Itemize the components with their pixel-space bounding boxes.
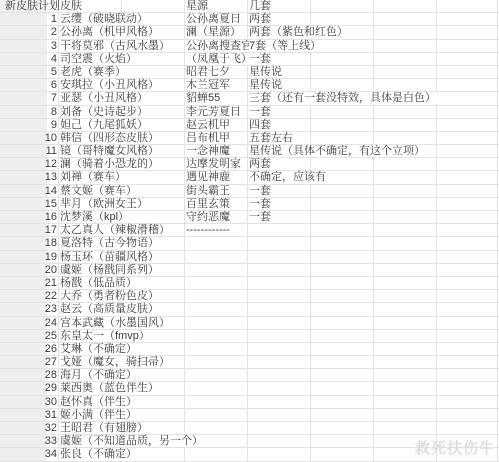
cell-row-number[interactable]: 5 xyxy=(0,66,57,78)
table-row: 18 夏洛特（古今物语） xyxy=(0,237,499,250)
cell-star-skin[interactable]: 公孙离夏日 xyxy=(186,13,243,25)
cell-set-count[interactable]: 五套左右 xyxy=(249,132,295,144)
cell-skin-name[interactable]: 虞姬（杨戬同系列） xyxy=(60,264,161,276)
table-row: 24 宫本武藏（水墨国风） xyxy=(0,317,499,330)
table-row: 26 艾琳（不确定） xyxy=(0,343,499,356)
cell-skin-name[interactable]: 太乙真人（辣椒滑稽） xyxy=(60,224,172,236)
cell-skin-name[interactable]: 姬小满（伴生） xyxy=(60,409,139,421)
cell-star-skin[interactable]: ------------ xyxy=(186,224,232,236)
cell-skin-name[interactable]: 韩信（四形态皮肤） xyxy=(60,132,161,144)
table-row: 7 亚瑟（小丑风格） 貂蝉55 三套（还有一套没特效，具体是白色） xyxy=(0,92,499,105)
cell-row-number[interactable]: 2 xyxy=(0,26,57,38)
cell-star-skin[interactable]: （凤凰于飞） xyxy=(186,53,254,65)
table-row: 8 刘备（史诗起步） 李元芳夏日 一套 xyxy=(0,106,499,119)
table-row: 11 镜（哥特魔女风格） 一念神魔 星传说（具体不确定，有这个立项） xyxy=(0,145,499,158)
table-row: 2 公孙离（机甲风格） 澜（星源） 两套（紫色和红色） xyxy=(0,26,499,39)
cell-skin-name[interactable]: 刘备（史诗起步） xyxy=(60,106,150,118)
cell-row-number[interactable]: 19 xyxy=(0,251,57,263)
cell-row-number[interactable]: 12 xyxy=(0,158,57,170)
table-body: 1 云缨（破晓联动） 公孙离夏日 两套 2 公孙离（机甲风格） 澜（星源） 两套… xyxy=(0,13,499,461)
table-row: 20 虞姬（杨戬同系列） xyxy=(0,264,499,277)
cell-set-count[interactable]: 7套（等上线） xyxy=(249,40,323,52)
table-row: 17 太乙真人（辣椒滑稽） ------------ xyxy=(0,224,499,237)
cell-row-number[interactable]: 30 xyxy=(0,396,57,408)
cell-star-skin[interactable]: 吕布机甲 xyxy=(186,132,232,144)
cell-row-number[interactable]: 7 xyxy=(0,92,57,104)
cell-skin-name[interactable]: 虞姬（不知道品质，另一个） xyxy=(60,435,205,447)
table-row: 21 杨戬（低品质） xyxy=(0,277,499,290)
cell-row-number[interactable]: 29 xyxy=(0,382,57,394)
cell-row-number[interactable]: 34 xyxy=(0,448,57,460)
cell-skin-name[interactable]: 大乔（勇者粉色皮） xyxy=(60,290,161,302)
header-skin[interactable]: 皮肤 xyxy=(60,0,84,12)
cell-star-skin[interactable]: 木兰冠军 xyxy=(186,79,232,91)
watermark: 救死扶伤牛 xyxy=(415,437,495,458)
cell-skin-name[interactable]: 老虎（赛季） xyxy=(60,66,128,78)
cell-skin-name[interactable]: 戈娅（魔女，骑扫帚） xyxy=(60,356,172,368)
cell-row-number[interactable]: 23 xyxy=(0,303,57,315)
table-row: 27 戈娅（魔女，骑扫帚） xyxy=(0,356,499,369)
cell-star-skin[interactable]: 街头霸王 xyxy=(186,185,232,197)
cell-skin-name[interactable]: 夏洛特（古今物语） xyxy=(60,237,161,249)
table-row: 14 蔡文姬（赛车） 街头霸王 一套 xyxy=(0,185,499,198)
table-row: 1 云缨（破晓联动） 公孙离夏日 两套 xyxy=(0,13,499,26)
cell-skin-name[interactable]: 澜（骑着小恐龙的） xyxy=(60,158,161,170)
cell-star-skin[interactable]: 李元芳夏日 xyxy=(186,106,243,118)
cell-set-count[interactable]: 两套（紫色和红色） xyxy=(249,26,350,38)
cell-set-count[interactable]: 星传说 xyxy=(249,79,284,91)
cell-set-count[interactable]: 不确定，应该有 xyxy=(249,171,328,183)
cell-star-skin[interactable]: 达摩发明家 xyxy=(186,158,243,170)
cell-skin-name[interactable]: 杨戬（低品质） xyxy=(60,277,139,289)
cell-row-number[interactable]: 11 xyxy=(0,145,57,157)
table-row: 4 司空震（火焰） （凤凰于飞） 一套 xyxy=(0,53,499,66)
cell-skin-name[interactable]: 刘禅（赛车） xyxy=(60,171,128,183)
cell-row-number[interactable]: 24 xyxy=(0,317,57,329)
cell-row-number[interactable]: 10 xyxy=(0,132,57,144)
cell-set-count[interactable]: 两套 xyxy=(249,158,273,170)
cell-set-count[interactable]: 两套 xyxy=(249,13,273,25)
cell-skin-name[interactable]: 杨玉环（苗疆风格） xyxy=(60,251,161,263)
cell-star-skin[interactable]: 遇见神鹿 xyxy=(186,171,232,183)
cell-star-skin[interactable]: 公孙离搜查官 xyxy=(186,40,254,52)
cell-skin-name[interactable]: 张良（不确定） xyxy=(60,448,139,460)
cell-row-number[interactable]: 28 xyxy=(0,369,57,381)
table-row: 25 东皇太一（fmvp） xyxy=(0,330,499,343)
cell-row-number[interactable]: 26 xyxy=(0,343,57,355)
cell-row-number[interactable]: 25 xyxy=(0,330,57,342)
table-row: 30 赵怀真（伴生） xyxy=(0,396,499,409)
table-row: 23 赵云（高质量皮肤） xyxy=(0,303,499,316)
cell-row-number[interactable]: 18 xyxy=(0,237,57,249)
cell-row-number[interactable]: 17 xyxy=(0,224,57,236)
table-row: 6 安琪拉（小丑风格） 木兰冠军 星传说 xyxy=(0,79,499,92)
cell-row-number[interactable]: 9 xyxy=(0,119,57,131)
cell-skin-name[interactable]: 王昭君（有翅膀） xyxy=(60,422,150,434)
table-row: 10 韩信（四形态皮肤） 吕布机甲 五套左右 xyxy=(0,132,499,145)
cell-skin-name[interactable]: 安琪拉（小丑风格） xyxy=(60,79,161,91)
table-row: 13 刘禅（赛车） 遇见神鹿 不确定，应该有 xyxy=(0,171,499,184)
cell-set-count[interactable]: 一套 xyxy=(249,185,273,197)
cell-row-number[interactable]: 16 xyxy=(0,211,57,223)
cell-row-number[interactable]: 33 xyxy=(0,435,57,447)
cell-set-count[interactable]: 一套 xyxy=(249,211,273,223)
cell-set-count[interactable]: 星传说 xyxy=(249,66,284,78)
cell-skin-name[interactable]: 宫本武藏（水墨国风） xyxy=(60,317,172,329)
cell-skin-name[interactable]: 莱西奥（蓝色伴生） xyxy=(60,382,161,394)
cell-skin-name[interactable]: 云缨（破晓联动） xyxy=(60,13,150,25)
table-row: 15 芈月（欧洲女王） 百里玄策 一套 xyxy=(0,198,499,211)
cell-row-number[interactable]: 3 xyxy=(0,40,57,52)
table-row: 28 海月（不确定） xyxy=(0,369,499,382)
header-star[interactable]: 星源 xyxy=(186,0,210,12)
cell-row-number[interactable]: 21 xyxy=(0,277,57,289)
cell-skin-name[interactable]: 芈月（欧洲女王） xyxy=(60,198,150,210)
cell-set-count[interactable]: 一套 xyxy=(249,106,273,118)
cell-set-count[interactable]: 一套 xyxy=(249,53,273,65)
cell-set-count[interactable]: 三套（还有一套没特效，具体是白色） xyxy=(249,92,438,104)
cell-skin-name[interactable]: 艾琳（不确定） xyxy=(60,343,139,355)
cell-skin-name[interactable]: 蔡文姬（赛车） xyxy=(60,185,139,197)
cell-star-skin[interactable]: 澜（星源） xyxy=(186,26,243,38)
cell-set-count[interactable]: 四套 xyxy=(249,119,273,131)
cell-skin-name[interactable]: 赵怀真（伴生） xyxy=(60,396,139,408)
cell-star-skin[interactable]: 昭君七夕 xyxy=(186,66,232,78)
header-plan[interactable]: 新皮肤计划 xyxy=(5,0,60,12)
cell-skin-name[interactable]: 公孙离（机甲风格） xyxy=(60,26,161,38)
cell-row-number[interactable]: 13 xyxy=(0,171,57,183)
cell-skin-name[interactable]: 司空震（火焰） xyxy=(60,53,139,65)
cell-row-number[interactable]: 14 xyxy=(0,185,57,197)
table-row: 12 澜（骑着小恐龙的） 达摩发明家 两套 xyxy=(0,158,499,171)
table-row: 32 王昭君（有翅膀） xyxy=(0,422,499,435)
table-row: 5 老虎（赛季） 昭君七夕 星传说 xyxy=(0,66,499,79)
cell-row-number[interactable]: 27 xyxy=(0,356,57,368)
cell-skin-name[interactable]: 赵云（高质量皮肤） xyxy=(60,303,161,315)
cell-row-number[interactable]: 8 xyxy=(0,106,57,118)
cell-row-number[interactable]: 20 xyxy=(0,264,57,276)
header-count[interactable]: 几套 xyxy=(249,0,273,12)
spreadsheet: 新皮肤计划 皮肤 星源 几套 1 云缨（破晓联动） 公孙离夏日 两套 2 公孙离… xyxy=(0,0,499,462)
table-row: 9 妲己（九尾狐妖） 赵云机甲 四套 xyxy=(0,119,499,132)
cell-star-skin[interactable]: 守约恶魔 xyxy=(186,211,232,223)
cell-skin-name[interactable]: 干将莫邪（古风水墨） xyxy=(60,40,172,52)
cell-row-number[interactable]: 32 xyxy=(0,422,57,434)
cell-star-skin[interactable]: 貂蝉55 xyxy=(186,92,222,104)
cell-row-number[interactable]: 1 xyxy=(0,13,57,25)
cell-skin-name[interactable]: 海月（不确定） xyxy=(60,369,139,381)
cell-set-count[interactable]: 一套 xyxy=(249,198,273,210)
table-row: 16 沈梦溪（kpl） 守约恶魔 一套 xyxy=(0,211,499,224)
table-row: 3 干将莫邪（古风水墨） 公孙离搜查官 7套（等上线） xyxy=(0,40,499,53)
cell-skin-name[interactable]: 沈梦溪（kpl） xyxy=(60,211,131,223)
cell-row-number[interactable]: 22 xyxy=(0,290,57,302)
cell-row-number[interactable]: 15 xyxy=(0,198,57,210)
cell-skin-name[interactable]: 镜（哥特魔女风格） xyxy=(60,145,161,157)
cell-skin-name[interactable]: 妲己（九尾狐妖） xyxy=(60,119,150,131)
table-row: 29 莱西奥（蓝色伴生） xyxy=(0,382,499,395)
table-row: 19 杨玉环（苗疆风格） xyxy=(0,251,499,264)
table-row: 22 大乔（勇者粉色皮） xyxy=(0,290,499,303)
cell-skin-name[interactable]: 亚瑟（小丑风格） xyxy=(60,92,150,104)
cell-row-number[interactable]: 6 xyxy=(0,79,57,91)
header-row: 新皮肤计划 皮肤 星源 几套 xyxy=(0,0,499,13)
table-row: 31 姬小满（伴生） xyxy=(0,409,499,422)
cell-skin-name[interactable]: 东皇太一（fmvp） xyxy=(60,330,152,342)
cell-star-skin[interactable]: 赵云机甲 xyxy=(186,119,232,131)
cell-star-skin[interactable]: 一念神魔 xyxy=(186,145,232,157)
cell-row-number[interactable]: 4 xyxy=(0,53,57,65)
cell-row-number[interactable]: 31 xyxy=(0,409,57,421)
cell-star-skin[interactable]: 百里玄策 xyxy=(186,198,232,210)
cell-set-count[interactable]: 星传说（具体不确定，有这个立项） xyxy=(249,145,427,157)
